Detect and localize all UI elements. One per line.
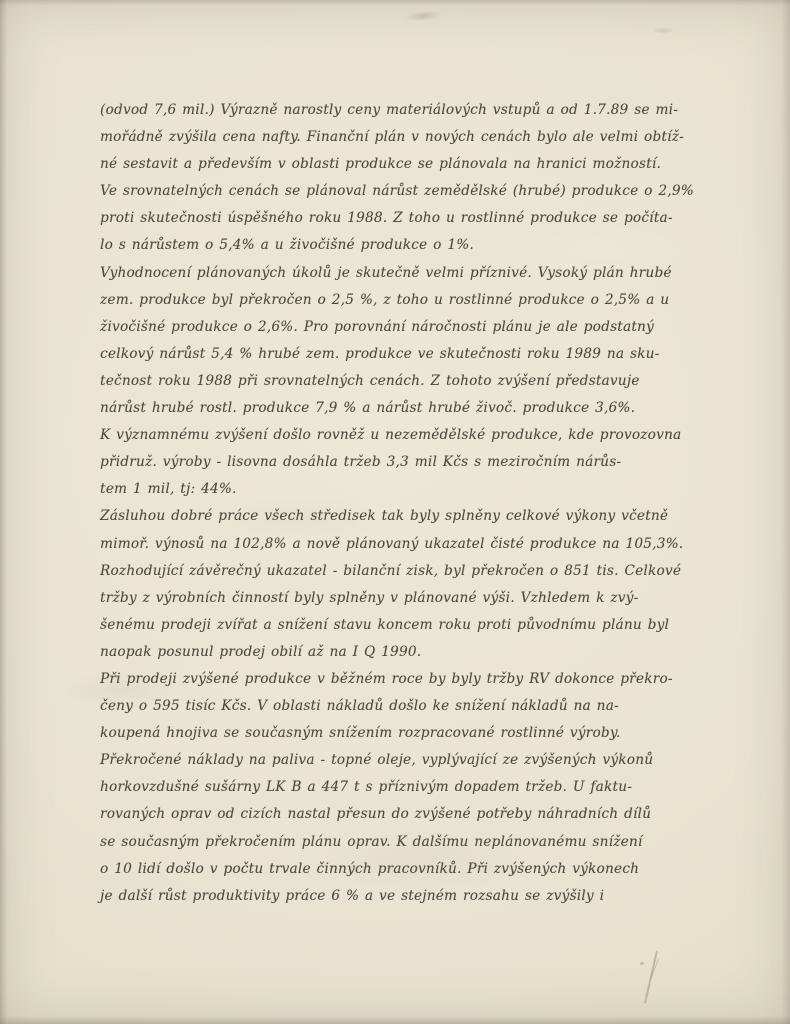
pencil-smudge-top-right [652, 27, 674, 34]
text-line: mimoř. výnosů na 102,8% a nově plánovaný… [100, 531, 748, 558]
text-line: K významnému zvýšení došlo rovněž u neze… [100, 422, 748, 449]
text-line: tržby z výrobních činností byly splněny … [100, 585, 748, 612]
text-line: zem. produkce byl překročen o 2,5 %, z t… [100, 287, 748, 314]
pencil-mark-bottom-right [638, 948, 662, 1010]
text-line: rovaných oprav od cizích nastal přesun d… [100, 801, 748, 828]
pencil-dot [640, 962, 644, 965]
text-line: o 10 lidí došlo v počtu trvale činných p… [100, 856, 748, 883]
pencil-stroke [650, 959, 659, 980]
text-line: se současným překročením plánu oprav. K … [100, 829, 748, 856]
text-line: Vyhodnocení plánovaných úkolů je skutečn… [100, 260, 748, 287]
text-line: (odvod 7,6 mil.) Výrazně narostly ceny m… [100, 97, 748, 124]
text-line: šenému prodeji zvířat a snížení stavu ko… [100, 612, 748, 639]
text-line: mořádně zvýšila cena nafty. Finanční plá… [100, 124, 748, 151]
text-line: přidruž. výroby - lisovna dosáhla tržeb … [100, 449, 748, 476]
text-line: nárůst hrubé rostl. produkce 7,9 % a nár… [100, 395, 748, 422]
handwritten-text-block: (odvod 7,6 mil.) Výrazně narostly ceny m… [100, 97, 748, 910]
document-page: (odvod 7,6 mil.) Výrazně narostly ceny m… [0, 0, 790, 1024]
text-line: Při prodeji zvýšené produkce v běžném ro… [100, 666, 748, 693]
text-line: Rozhodující závěrečný ukazatel - bilančn… [100, 558, 748, 585]
text-line: Ve srovnatelných cenách se plánoval nárů… [100, 178, 748, 205]
text-line: Překročené náklady na paliva - topné ole… [100, 747, 748, 774]
text-line: né sestavit a především v oblasti produk… [100, 151, 748, 178]
text-line: Zásluhou dobré práce všech středisek tak… [100, 503, 748, 530]
text-line: celkový nárůst 5,4 % hrubé zem. produkce… [100, 341, 748, 368]
text-line: tem 1 mil, tj: 44%. [100, 476, 748, 503]
text-line: živočišné produkce o 2,6%. Pro porovnání… [100, 314, 748, 341]
pencil-smudge-top [405, 9, 442, 23]
text-line: koupená hnojiva se současným snížením ro… [100, 720, 748, 747]
pencil-stroke [644, 951, 658, 1004]
text-line: tečnost roku 1988 při srovnatelných cená… [100, 368, 748, 395]
text-line: čeny o 595 tisíc Kčs. V oblasti nákladů … [100, 693, 748, 720]
text-line: naopak posunul prodej obilí až na I Q 19… [100, 639, 748, 666]
text-line: horkovzdušné sušárny LK B a 447 t s příz… [100, 774, 748, 801]
text-line: je další růst produktivity práce 6 % a v… [100, 883, 748, 910]
text-line: lo s nárůstem o 5,4% a u živočišné produ… [100, 232, 748, 259]
text-line: proti skutečnosti úspěšného roku 1988. Z… [100, 205, 748, 232]
